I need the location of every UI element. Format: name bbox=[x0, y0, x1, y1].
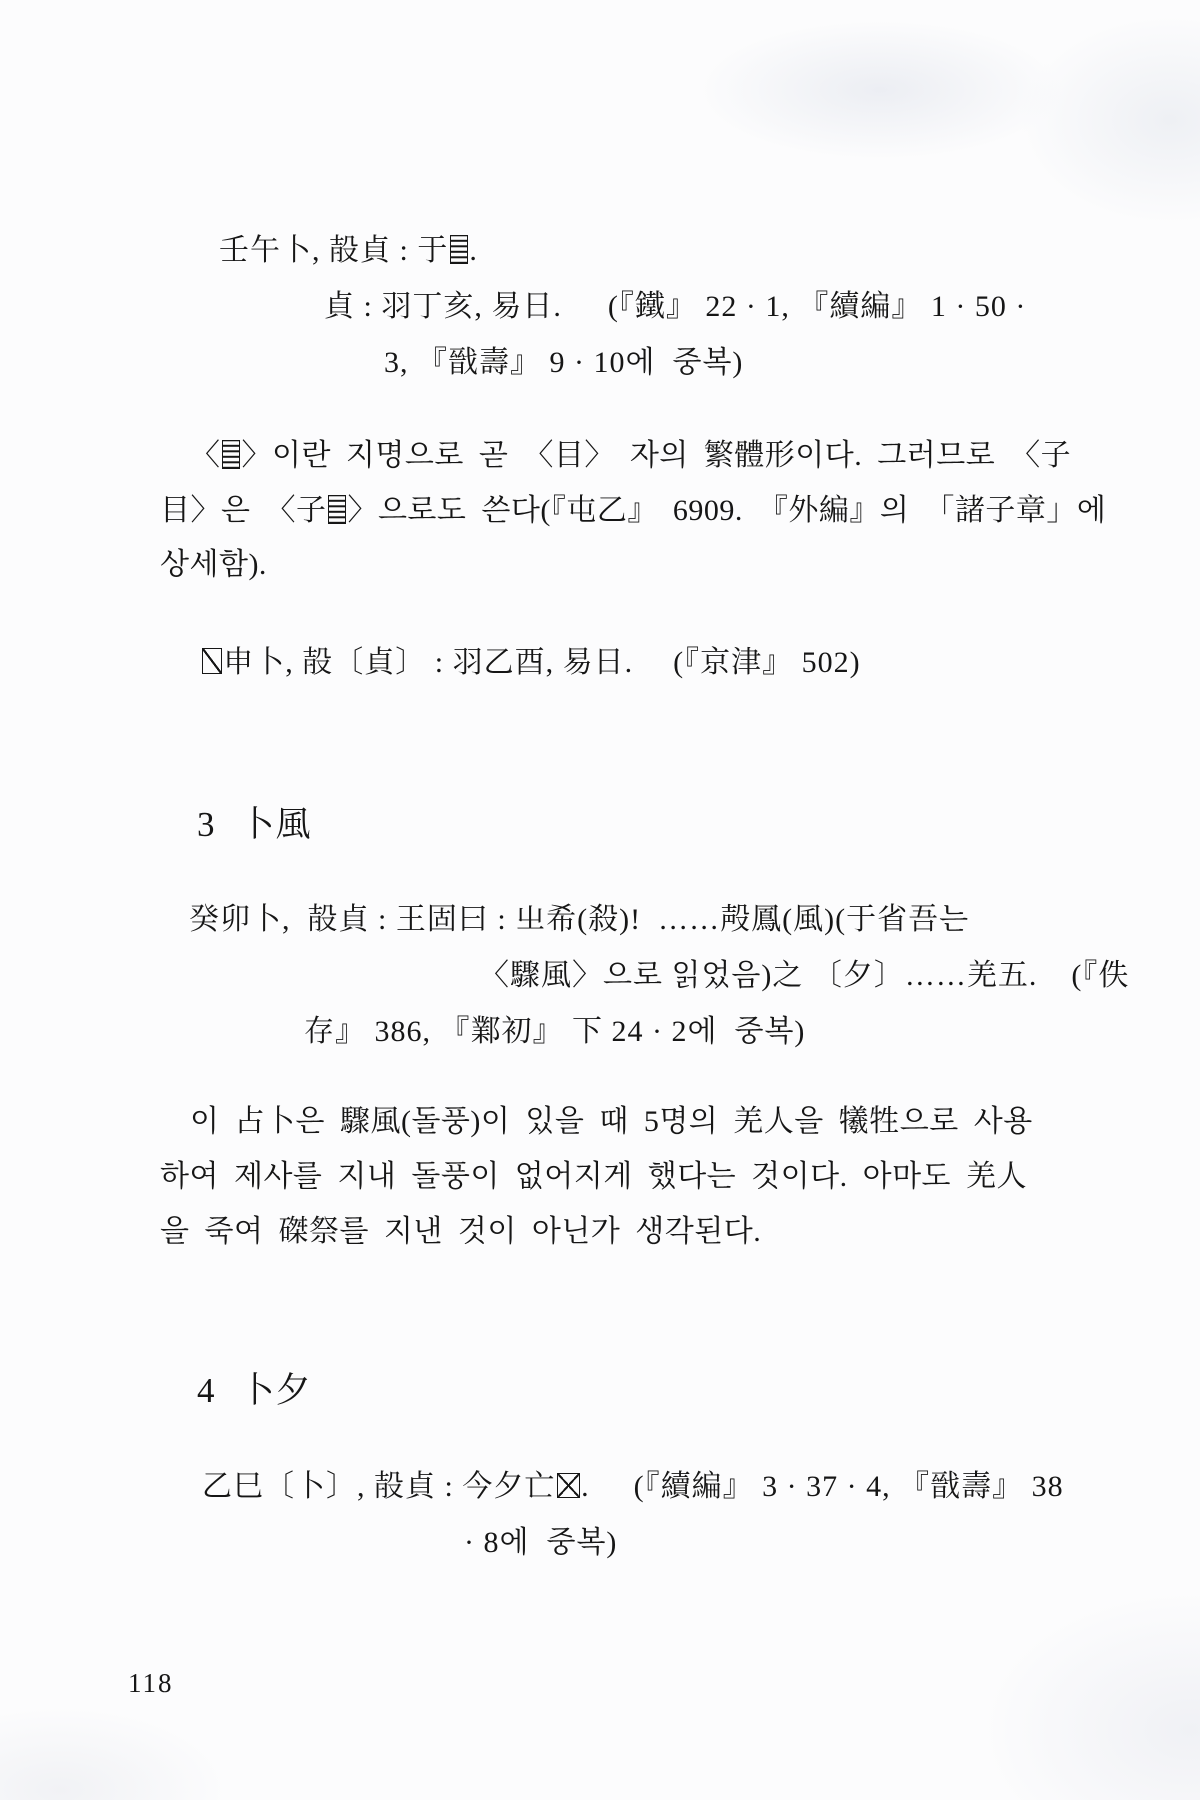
mu-variant-glyph bbox=[450, 235, 469, 264]
commentary-text: 을 죽여 磔祭를 지낸 것이 아닌가 생각된다. bbox=[160, 1215, 761, 1248]
lacuna-box-icon bbox=[202, 648, 222, 674]
source-citation: (『續編』 3 · 37 · 4, 『戩壽』 38 bbox=[634, 1470, 1064, 1503]
section-number: 4 bbox=[197, 1371, 216, 1410]
source-citation-line: 存』 386, 『鄴初』 下 24 · 2에 중복) bbox=[270, 987, 805, 1077]
source-citation-line: 3, 『戩壽』 9 · 10에 중복) bbox=[350, 318, 743, 408]
commentary-line: 을 죽여 磔祭를 지낸 것이 아닌가 생각된다. bbox=[100, 1187, 761, 1277]
section-heading: 3卜風 bbox=[158, 772, 312, 877]
source-citation: 存』 386, 『鄴初』 下 24 · 2에 중복) bbox=[304, 1015, 805, 1048]
section-title: 卜夕 bbox=[240, 1371, 312, 1410]
source-citation: (『佚 bbox=[1071, 959, 1129, 992]
disaster-glyph bbox=[557, 1473, 580, 1498]
source-citation: (『京津』 502) bbox=[673, 646, 860, 679]
section-heading: 4卜夕 bbox=[158, 1338, 312, 1443]
commentary-text: 상세함). bbox=[160, 548, 267, 581]
commentary-text: 〉으로도 쓴다(『屯乙』 6909. 『外編』의 「諸子章」에 bbox=[347, 494, 1106, 527]
mu-variant-glyph bbox=[328, 495, 347, 524]
book-page: 壬午卜, 㱿貞 : 于. 貞 : 羽丁亥, 易日.(『鐵』 22 · 1, 『續… bbox=[0, 0, 1200, 1800]
source-citation: · 8에 중복) bbox=[464, 1526, 617, 1559]
section-number: 3 bbox=[197, 805, 216, 844]
commentary-line: 상세함). bbox=[100, 520, 267, 610]
source-citation-line: · 8에 중복) bbox=[430, 1498, 617, 1588]
quote-text: 申卜, 㱿〔貞〕 : 羽乙酉, 易日. bbox=[223, 646, 633, 679]
section-title: 卜風 bbox=[240, 805, 312, 844]
source-citation: 3, 『戩壽』 9 · 10에 중복) bbox=[384, 346, 743, 379]
page-number: 118 bbox=[128, 1668, 174, 1699]
oracle-quote-line: 申卜, 㱿〔貞〕 : 羽乙酉, 易日.(『京津』 502) bbox=[168, 618, 861, 708]
